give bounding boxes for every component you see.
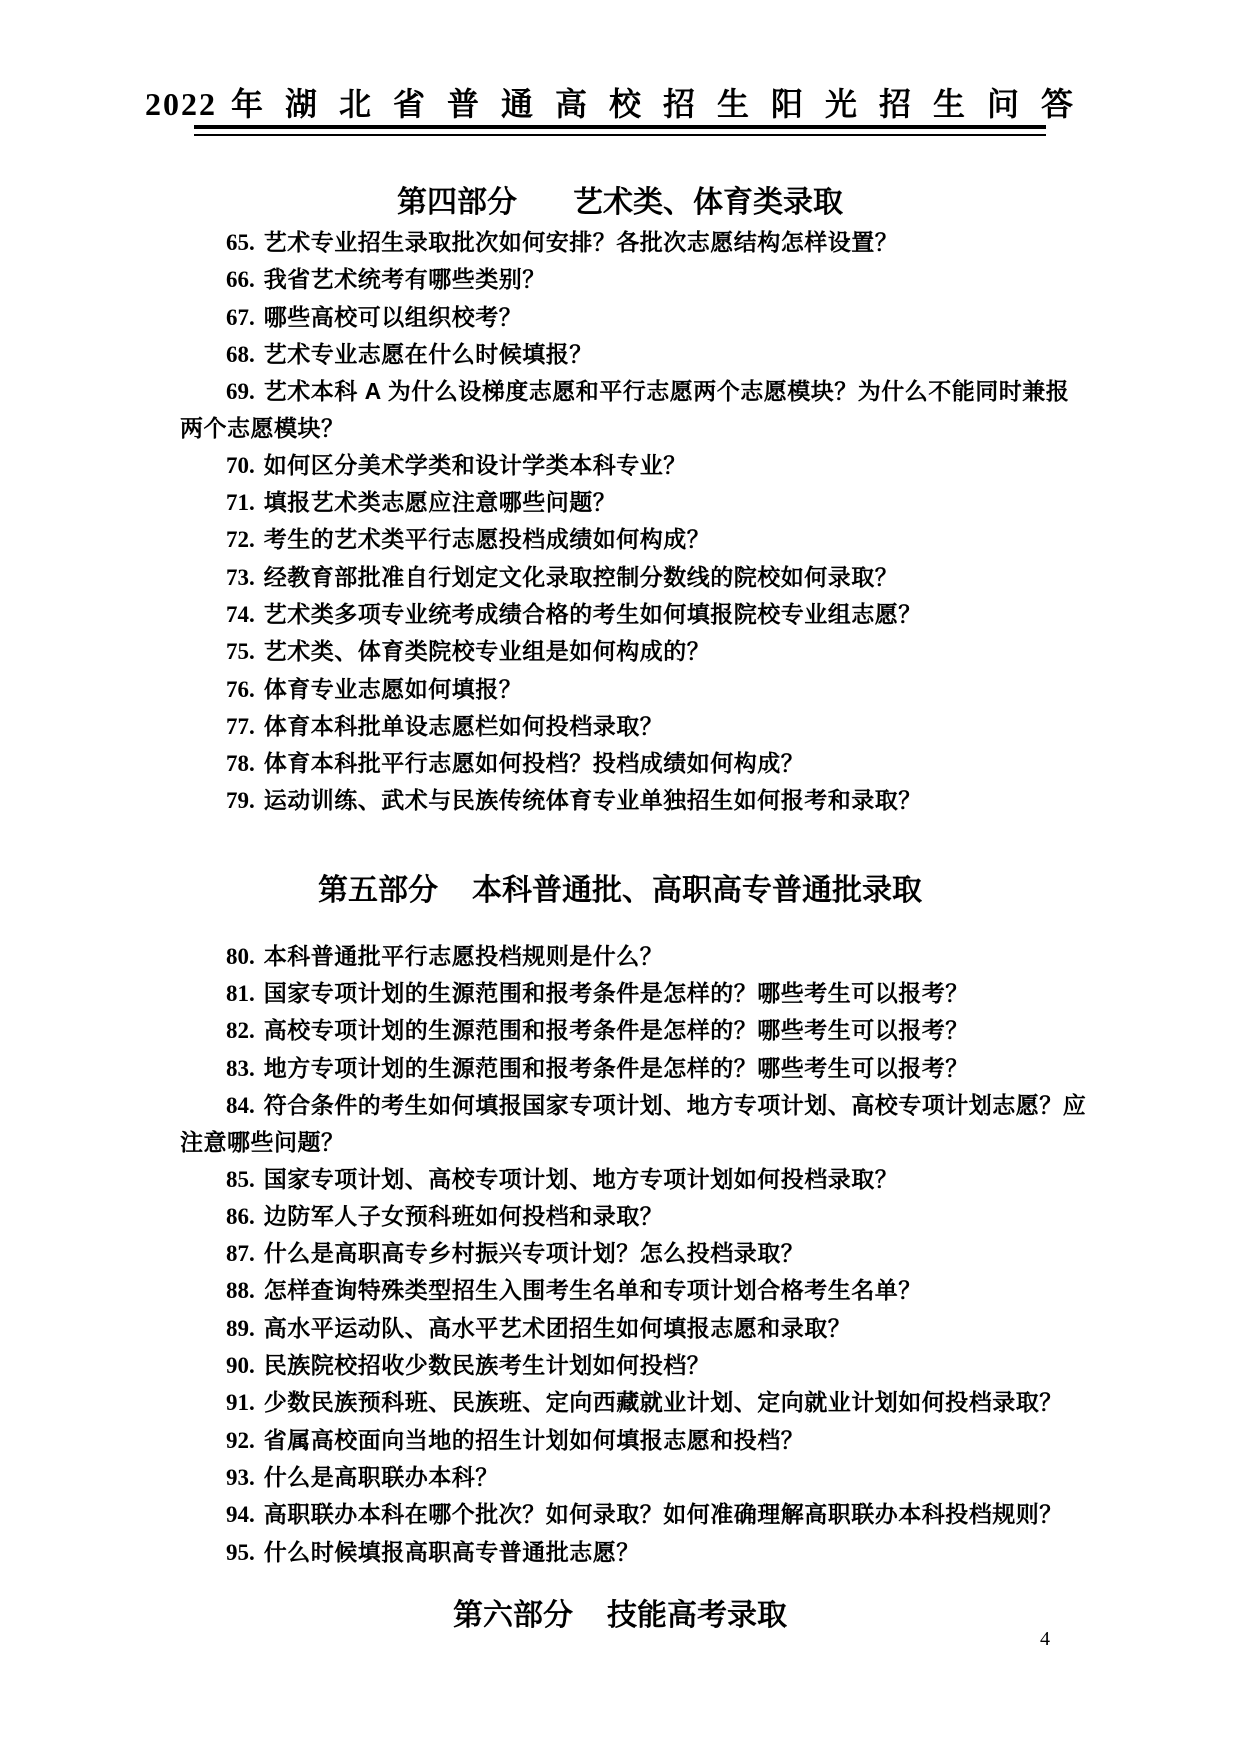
question-item: 67.哪些高校可以组织校考？ [180,299,1092,336]
question-number: 93. [226,1465,255,1490]
document-title-year: 2022 [145,86,217,122]
question-item: 85.国家专项计划、高校专项计划、地方专项计划如何投档录取？ [180,1161,1092,1198]
question-item: 91.少数民族预科班、民族班、定向西藏就业计划、定向就业计划如何投档录取？ [180,1384,1092,1421]
question-text: 高职联办本科在哪个批次？如何录取？如何准确理解高职联办本科投档规则？ [264,1501,1063,1527]
question-number: 94. [226,1502,255,1527]
question-text: 填报艺术类志愿应注意哪些问题？ [264,489,617,515]
question-text: 国家专项计划的生源范围和报考条件是怎样的？哪些考生可以报考？ [264,980,969,1006]
question-text: 怎样查询特殊类型招生入围考生名单和专项计划合格考生名单？ [264,1277,922,1303]
section-heading-part4: 第四部分艺术类、体育类录取 [0,186,1240,220]
question-item: 84.符合条件的考生如何填报国家专项计划、地方专项计划、高校专项计划志愿？应注意… [180,1087,1092,1161]
question-number: 95. [226,1540,255,1565]
question-item: 83.地方专项计划的生源范围和报考条件是怎样的？哪些考生可以报考？ [180,1050,1092,1087]
question-item: 75.艺术类、体育类院校专业组是如何构成的？ [180,633,1092,670]
question-text: 省属高校面向当地的招生计划如何填报志愿和投档？ [264,1427,805,1453]
question-item: 95.什么时候填报高职高专普通批志愿？ [180,1534,1092,1571]
question-item: 65.艺术专业招生录取批次如何安排？各批次志愿结构怎样设置？ [180,224,1092,261]
question-number: 83. [226,1056,255,1081]
question-number: 75. [226,639,255,664]
question-text: 哪些高校可以组织校考？ [264,304,523,330]
question-item: 80.本科普通批平行志愿投档规则是什么？ [180,938,1092,975]
question-item: 93.什么是高职联办本科？ [180,1459,1092,1496]
question-text: 高校专项计划的生源范围和报考条件是怎样的？哪些考生可以报考？ [264,1017,969,1043]
question-number: 90. [226,1353,255,1378]
question-item: 90.民族院校招收少数民族考生计划如何投档？ [180,1347,1092,1384]
question-item: 77.体育本科批单设志愿栏如何投档录取？ [180,708,1092,745]
question-text: 体育本科批单设志愿栏如何投档录取？ [264,713,664,739]
question-number: 78. [226,751,255,776]
question-text: 体育本科批平行志愿如何投档？投档成绩如何构成？ [264,750,805,776]
question-number: 79. [226,788,255,813]
section-label: 第四部分 [397,186,517,219]
question-number: 73. [226,565,255,590]
question-number: 71. [226,490,255,515]
question-number: 65. [226,230,255,255]
question-number: 89. [226,1316,255,1341]
question-text: 边防军人子女预科班如何投档和录取？ [264,1203,664,1229]
question-list-part5: 80.本科普通批平行志愿投档规则是什么？ 81.国家专项计划的生源范围和报考条件… [180,938,1092,1571]
question-text: 国家专项计划、高校专项计划、地方专项计划如何投档录取？ [264,1166,899,1192]
question-item: 72.考生的艺术类平行志愿投档成绩如何构成？ [180,521,1092,558]
question-text: 什么时候填报高职高专普通批志愿？ [264,1539,640,1565]
question-item: 69.艺术本科 A 为什么设梯度志愿和平行志愿两个志愿模块？为什么不能同时兼报两… [180,373,1092,447]
question-text: 如何区分美术学类和设计学类本科专业？ [264,452,687,478]
question-item: 92.省属高校面向当地的招生计划如何填报志愿和投档？ [180,1422,1092,1459]
question-item: 68.艺术专业志愿在什么时候填报？ [180,336,1092,373]
question-text: 考生的艺术类平行志愿投档成绩如何构成？ [264,526,711,552]
document-page: 2022年湖北省普通高校招生阳光招生问答 第四部分艺术类、体育类录取 65.艺术… [0,0,1240,1753]
question-text: 我省艺术统考有哪些类别？ [264,266,546,292]
question-item: 66.我省艺术统考有哪些类别？ [180,261,1092,298]
question-text: 地方专项计划的生源范围和报考条件是怎样的？哪些考生可以报考？ [264,1055,969,1081]
question-text: 体育专业志愿如何填报？ [264,676,523,702]
section-heading-part5: 第五部分本科普通批、高职高专普通批录取 [0,874,1240,908]
question-number: 67. [226,305,255,330]
question-text: 民族院校招收少数民族考生计划如何投档？ [264,1352,711,1378]
question-list-part4: 65.艺术专业招生录取批次如何安排？各批次志愿结构怎样设置？ 66.我省艺术统考… [180,224,1092,820]
question-item: 94.高职联办本科在哪个批次？如何录取？如何准确理解高职联办本科投档规则？ [180,1496,1092,1533]
question-number: 84. [226,1093,255,1118]
question-item: 78.体育本科批平行志愿如何投档？投档成绩如何构成？ [180,745,1092,782]
section-name: 艺术类、体育类录取 [573,186,843,219]
question-number: 82. [226,1018,255,1043]
question-number: 70. [226,453,255,478]
question-number: 85. [226,1167,255,1192]
question-number: 72. [226,527,255,552]
document-title: 2022年湖北省普通高校招生阳光招生问答 [0,0,1240,124]
question-number: 91. [226,1390,255,1415]
question-item: 89.高水平运动队、高水平艺术团招生如何填报志愿和录取？ [180,1310,1092,1347]
document-header: 2022年湖北省普通高校招生阳光招生问答 [0,0,1240,136]
question-text: 艺术专业志愿在什么时候填报？ [264,341,593,367]
title-double-rule [194,125,1046,136]
question-item: 81.国家专项计划的生源范围和报考条件是怎样的？哪些考生可以报考？ [180,975,1092,1012]
question-number: 69. [226,379,255,404]
question-number: 66. [226,267,255,292]
question-item: 79.运动训练、武术与民族传统体育专业单独招生如何报考和录取？ [180,782,1092,819]
question-item: 71.填报艺术类志愿应注意哪些问题？ [180,484,1092,521]
document-title-text: 年湖北省普通高校招生阳光招生问答 [231,86,1095,122]
question-item: 73.经教育部批准自行划定文化录取控制分数线的院校如何录取？ [180,559,1092,596]
question-text: 艺术专业招生录取批次如何安排？各批次志愿结构怎样设置？ [264,229,899,255]
question-text: 艺术类、体育类院校专业组是如何构成的？ [264,638,711,664]
question-text: 高水平运动队、高水平艺术团招生如何填报志愿和录取？ [264,1315,852,1341]
question-item: 74.艺术类多项专业统考成绩合格的考生如何填报院校专业组志愿？ [180,596,1092,633]
question-number: 80. [226,944,255,969]
section-label: 第六部分 [453,1599,573,1632]
toc-content: 第四部分艺术类、体育类录取 65.艺术专业招生录取批次如何安排？各批次志愿结构怎… [0,186,1240,1633]
question-text: 经教育部批准自行划定文化录取控制分数线的院校如何录取？ [264,564,899,590]
question-number: 88. [226,1278,255,1303]
question-text: 什么是高职联办本科？ [264,1464,499,1490]
question-number: 76. [226,677,255,702]
section-name: 技能高考录取 [607,1599,787,1632]
question-item: 76.体育专业志愿如何填报？ [180,671,1092,708]
question-item: 88.怎样查询特殊类型招生入围考生名单和专项计划合格考生名单？ [180,1272,1092,1309]
question-text: 运动训练、武术与民族传统体育专业单独招生如何报考和录取？ [264,787,922,813]
question-item: 82.高校专项计划的生源范围和报考条件是怎样的？哪些考生可以报考？ [180,1012,1092,1049]
question-number: 74. [226,602,255,627]
question-number: 92. [226,1428,255,1453]
page-number: 4 [1020,1624,1070,1654]
question-number: 87. [226,1241,255,1266]
question-text: 符合条件的考生如何填报国家专项计划、地方专项计划、高校专项计划志愿？应注意哪些问… [180,1092,1086,1155]
question-text: 本科普通批平行志愿投档规则是什么？ [264,943,664,969]
question-number: 86. [226,1204,255,1229]
question-text: 什么是高职高专乡村振兴专项计划？怎么投档录取？ [264,1240,805,1266]
question-item: 70.如何区分美术学类和设计学类本科专业？ [180,447,1092,484]
question-number: 68. [226,342,255,367]
question-item: 86.边防军人子女预科班如何投档和录取？ [180,1198,1092,1235]
question-text: 艺术类多项专业统考成绩合格的考生如何填报院校专业组志愿？ [264,601,922,627]
question-text: 少数民族预科班、民族班、定向西藏就业计划、定向就业计划如何投档录取？ [264,1389,1063,1415]
question-item: 87.什么是高职高专乡村振兴专项计划？怎么投档录取？ [180,1235,1092,1272]
question-number: 81. [226,981,255,1006]
section-name: 本科普通批、高职高专普通批录取 [472,874,922,907]
section-label: 第五部分 [318,874,438,907]
question-text: 艺术本科 A 为什么设梯度志愿和平行志愿两个志愿模块？为什么不能同时兼报两个志愿… [180,378,1069,441]
question-number: 77. [226,714,255,739]
